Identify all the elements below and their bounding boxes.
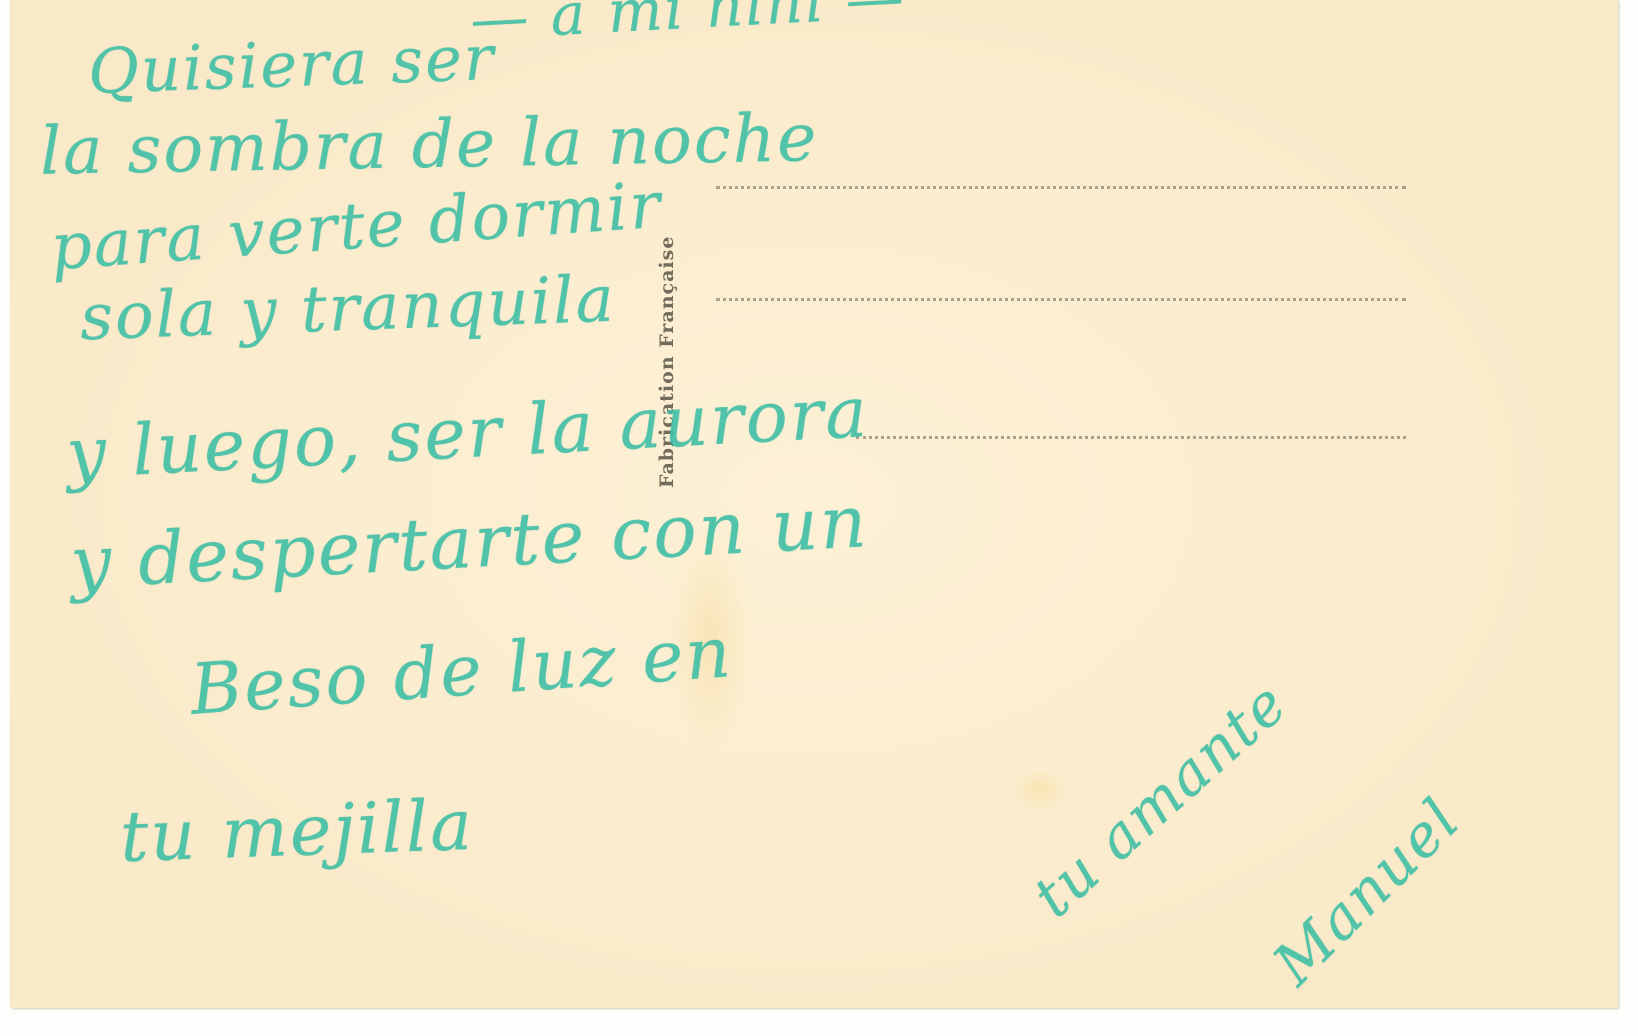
salutation: — a mi nini — bbox=[469, 0, 908, 53]
message-line-1: Quisiera ser bbox=[87, 21, 497, 108]
address-line-3 bbox=[856, 436, 1406, 439]
message-line-2: la sombra de la noche bbox=[39, 99, 818, 190]
message-line-6: y despertarte con un bbox=[68, 479, 870, 605]
signature: Manuel bbox=[1260, 785, 1473, 998]
address-line-2 bbox=[716, 298, 1406, 301]
message-line-7: Beso de luz en bbox=[188, 611, 735, 731]
postcard-back: Fabrication Française — a mi nini — Quis… bbox=[10, 0, 1618, 1008]
message-line-5: y luego, ser la aurora bbox=[64, 371, 870, 495]
message-line-8: tu mejilla bbox=[119, 784, 476, 878]
address-line-1 bbox=[716, 186, 1406, 189]
closing-text: tu amante bbox=[1020, 668, 1301, 930]
